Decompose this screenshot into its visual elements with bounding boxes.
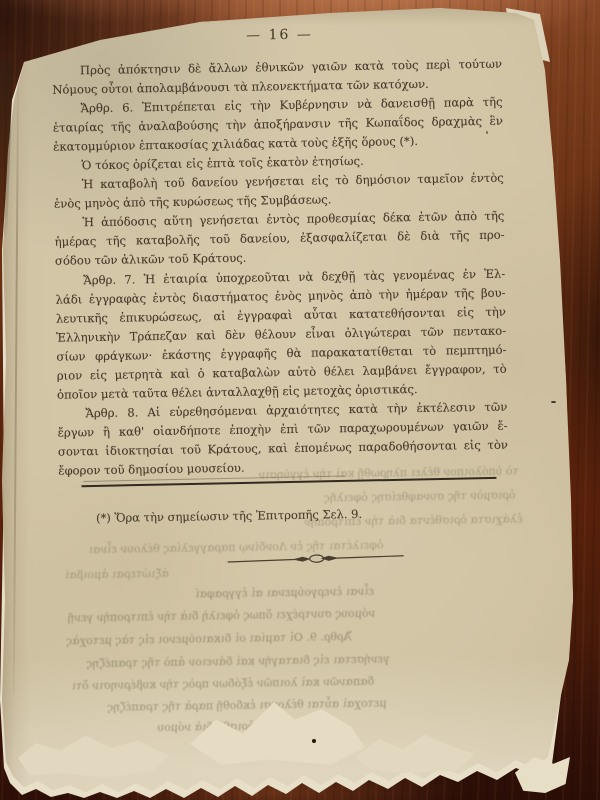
page-number: — 16 — <box>199 26 359 45</box>
edge-notch <box>551 401 556 403</box>
photo-of-document: τὸ ὑπόλοιπον θέλει πληρωθῇ καὶ τὴν ἐγγύη… <box>0 0 600 800</box>
foxing-speck <box>486 131 488 134</box>
bleedthrough-line: νόμους συντρέχει ὅπως ὀφειλὴ διὰ τὴν ἐπι… <box>67 607 375 625</box>
bleedthrough-line: δαπανῶν καὶ λοιπῶν ἐξόδων πρὸς τὴν κυβέρ… <box>72 675 375 693</box>
divider-ornament-icon <box>227 550 405 567</box>
bleedthrough-line: μετοχαὶ αὗται θέλουσι ἐκδοθῇ παρὰ τῆς τρ… <box>107 697 387 714</box>
bleedthrough-line: ὁρισμὸν τῆς συναφθείσης ὀφειλῆς <box>324 488 516 504</box>
printed-content: τὸ ὑπόλοιπον θέλει πληρωθῇ καὶ τὴν ἐγγύη… <box>0 0 600 800</box>
bleedthrough-line: Ἄρθρ. 9. Οἱ ταμίαι οἱ δικαιούμενοι εἰς τ… <box>66 630 352 647</box>
bleedthrough-line: ἀξιώτεραι ἀμοιβαί <box>65 567 169 582</box>
bleedthrough-line: γενήσεται εἰς διαταγὴν καὶ δάνειον ἀπὸ τ… <box>86 652 390 670</box>
body-text: Πρὸς ἀπόκτησιν δὲ ἄλλων ἐθνικῶν γαιῶν κα… <box>52 55 509 481</box>
bleedthrough-line: εἶναι ἐνεργούμεναι αἱ ἐγγραφαί <box>195 585 374 601</box>
ink-speck <box>312 739 316 743</box>
